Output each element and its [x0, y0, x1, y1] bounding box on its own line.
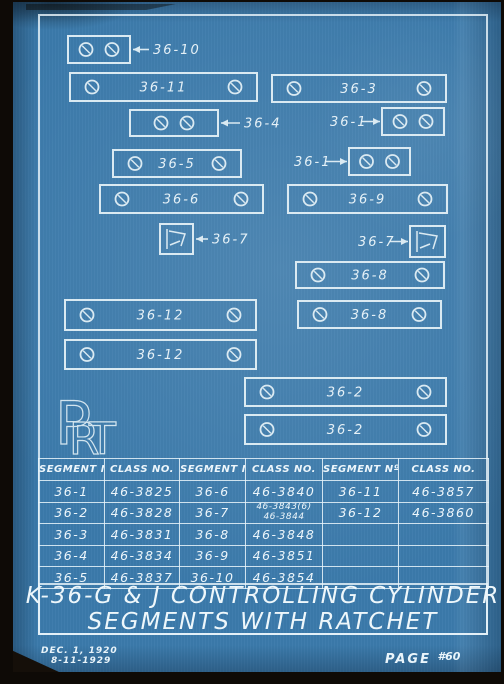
column-header: SEGMENT Nº	[39, 459, 105, 481]
parts-table: SEGMENT NºCLASS NO.SEGMENT NºCLASS NO.SE…	[38, 458, 489, 589]
table-cell: 36-11	[323, 481, 399, 503]
table-cell: 36-2	[39, 502, 105, 524]
table-cell: 46-3857	[399, 481, 489, 503]
bolt-hole-slash	[83, 351, 91, 359]
part-label: 36-3	[340, 82, 378, 97]
segment-36-5: 36-5	[113, 150, 241, 177]
drawing-title-line2: SEGMENTS WITH RATCHET	[88, 609, 439, 635]
segment-36-2-upper: 36-2	[245, 378, 446, 406]
table-row: 36-346-383136-846-3848	[39, 524, 489, 546]
page-number: PAGE #60	[385, 650, 460, 667]
segment-36-8-lower: 36-8	[298, 301, 441, 328]
table-row: 36-146-382536-646-384036-1146-3857	[39, 481, 489, 503]
segment-36-12-lower: 36-12	[65, 340, 256, 369]
part-label: 36-5	[158, 157, 196, 172]
callout-arrowhead-icon	[373, 118, 380, 125]
part-label: 36-10	[153, 43, 201, 58]
bolt-hole-slash	[82, 46, 90, 54]
bolt-hole-slash	[306, 195, 314, 203]
bolt-hole-slash	[263, 388, 271, 396]
column-header: SEGMENT Nº	[323, 459, 399, 481]
part-label: 36-2	[327, 423, 365, 438]
table-cell: 36-6	[180, 481, 246, 503]
table-cell: 46-3840	[246, 481, 323, 503]
part-label: 36-7	[212, 233, 250, 248]
bolt-hole-slash	[118, 195, 126, 203]
segment-36-1-upper: 36-1	[330, 108, 444, 135]
part-label: 36-1	[294, 155, 332, 170]
part-label: 36-12	[137, 348, 185, 363]
segment-36-2-lower: 36-2	[245, 415, 446, 444]
prt-logo: PRT	[55, 389, 116, 465]
table-cell: 36-1	[39, 481, 105, 503]
column-header: CLASS NO.	[399, 459, 489, 481]
segment-36-6: 36-6	[100, 185, 263, 213]
column-header: CLASS NO.	[246, 459, 323, 481]
part-outline	[349, 148, 410, 175]
table-row: 36-246-382836-746-3843(6) 46-384436-1246…	[39, 502, 489, 524]
title-box: K-36-G & J CONTROLLING CYLINDER SEGMENTS…	[38, 583, 488, 635]
part-outline	[382, 108, 444, 135]
segment-36-9: 36-9	[288, 185, 447, 213]
segment-36-10: 36-10	[68, 36, 201, 63]
bolt-hole-slash	[396, 118, 404, 126]
callout-arrowhead-icon	[340, 158, 347, 165]
bolt-hole-slash	[290, 85, 298, 93]
bolt-hole-slash	[314, 271, 322, 279]
bolt-hole-slash	[157, 119, 165, 127]
bolt-hole-slash	[389, 158, 397, 166]
bolt-hole-slash	[230, 351, 238, 359]
table-cell	[323, 524, 399, 546]
table-row: 36-446-383436-946-3851	[39, 545, 489, 567]
column-header: CLASS NO.	[105, 459, 180, 481]
blueprint-page: 36-1036-1136-336-436-136-536-136-636-936…	[13, 2, 501, 672]
drawing-title-line1: K-36-G & J CONTROLLING CYLINDER	[26, 583, 501, 609]
date-block: DEC. 1, 1920 8-11-1929	[41, 646, 118, 667]
bolt-hole-slash	[421, 195, 429, 203]
part-label: 36-1	[330, 115, 368, 130]
segment-36-8-upper: 36-8	[296, 262, 444, 288]
bolt-hole-slash	[420, 85, 428, 93]
table-body: 36-146-382536-646-384036-1146-385736-246…	[39, 481, 489, 589]
photo-background: { "title": { "line1": "K-36-G & J CONTRO…	[0, 0, 504, 684]
table-cell: 36-4	[39, 545, 105, 567]
table-cell: 36-9	[180, 545, 246, 567]
ratchet-36-7-right: 36-7	[358, 226, 445, 257]
callout-arrowhead-icon	[221, 120, 228, 127]
segment-36-12-upper: 36-12	[65, 300, 256, 330]
bolt-hole-slash	[418, 271, 426, 279]
part-label: 36-4	[244, 117, 282, 132]
table-cell: 46-3848	[246, 524, 323, 546]
bolt-hole-slash	[215, 160, 223, 168]
bolt-hole-slash	[183, 119, 191, 127]
bolt-hole-slash	[131, 160, 139, 168]
part-outline	[130, 110, 218, 136]
date-line-2: 8-11-1929	[51, 656, 118, 666]
bolt-hole-slash	[108, 46, 116, 54]
bolt-hole-slash	[83, 311, 91, 319]
bolt-hole-slash	[420, 426, 428, 434]
table-cell: 46-3828	[105, 502, 180, 524]
callout-arrowhead-icon	[133, 46, 140, 53]
part-label: 36-8	[351, 308, 389, 323]
segment-36-1-lower: 36-1	[294, 148, 410, 175]
part-label: 36-2	[327, 386, 365, 401]
part-outline	[410, 226, 445, 257]
table-cell: 36-8	[180, 524, 246, 546]
table-cell: 36-7	[180, 502, 246, 524]
bolt-hole-slash	[415, 311, 423, 319]
part-label: 36-12	[137, 309, 185, 324]
page-label: PAGE	[385, 652, 431, 667]
ratchet-36-7-left: 36-7	[160, 224, 250, 254]
bolt-hole-slash	[230, 311, 238, 319]
bolt-hole-slash	[420, 388, 428, 396]
table-cell: 46-3843(6) 46-3844	[246, 502, 323, 524]
bolt-hole-slash	[363, 158, 371, 166]
table-cell: 46-3831	[105, 524, 180, 546]
part-outline	[160, 224, 193, 254]
part-label: 36-11	[140, 81, 188, 96]
bolt-hole-slash	[316, 311, 324, 319]
bolt-hole-slash	[88, 83, 96, 91]
table-cell: 46-3825	[105, 481, 180, 503]
table-cell: 46-3834	[105, 545, 180, 567]
segment-36-4: 36-4	[130, 110, 282, 136]
segment-36-11: 36-11	[70, 73, 257, 101]
part-label: 36-8	[351, 269, 389, 284]
table-cell	[323, 545, 399, 567]
part-label: 36-6	[163, 193, 201, 208]
ratchet-detail	[167, 229, 185, 249]
date-line-1: DEC. 1, 1920	[41, 646, 118, 656]
table-header: SEGMENT NºCLASS NO.SEGMENT NºCLASS NO.SE…	[39, 459, 489, 481]
callout-arrowhead-icon	[196, 236, 203, 243]
callout-arrowhead-icon	[401, 238, 408, 245]
segment-36-3: 36-3	[272, 75, 446, 102]
bolt-hole-slash	[263, 426, 271, 434]
table-cell: 36-12	[323, 502, 399, 524]
table-cell: 46-3851	[246, 545, 323, 567]
table-cell: 36-3	[39, 524, 105, 546]
bolt-hole-slash	[237, 195, 245, 203]
table-cell	[399, 524, 489, 546]
page-number-value: #60	[437, 650, 460, 663]
ratchet-detail	[417, 231, 437, 252]
bolt-hole-slash	[422, 118, 430, 126]
part-label: 36-9	[349, 193, 387, 208]
table-cell	[399, 545, 489, 567]
part-outline	[68, 36, 130, 63]
part-label: 36-7	[358, 235, 396, 250]
table-cell: 46-3860	[399, 502, 489, 524]
bolt-hole-slash	[231, 83, 239, 91]
column-header: SEGMENT Nº	[180, 459, 246, 481]
